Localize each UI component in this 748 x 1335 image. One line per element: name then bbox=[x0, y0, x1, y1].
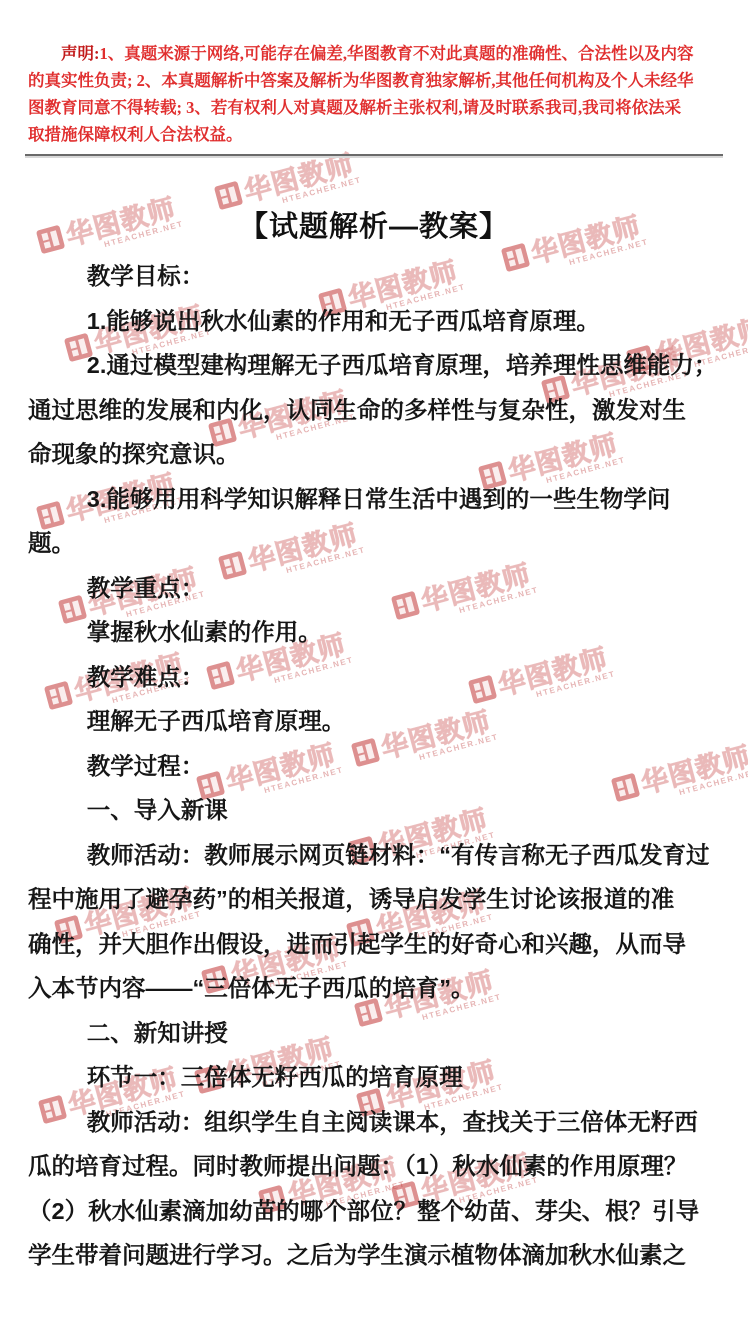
teacher-activity-lead-in: 教师活动：教师展示网页链材料：“有传言称无子西瓜发育过 程中施用了避孕药”的相关… bbox=[28, 833, 730, 1011]
teacher-activity-step-1: 教师活动：组织学生自主阅读课本，查找关于三倍体无籽西 瓜的培育过程。同时教师提出… bbox=[28, 1100, 730, 1278]
objective-item-2: 2.通过模型建构理解无子西瓜培育原理，培养理性思维能力； 通过思维的发展和内化，… bbox=[28, 343, 730, 477]
section-1-lead-in: 一、导入新课 bbox=[28, 788, 730, 833]
teaching-difficulty-text: 理解无子西瓜培育原理。 bbox=[28, 699, 730, 744]
lesson-plan-body: 教学目标： 1.能够说出秋水仙素的作用和无子西瓜培育原理。 2.通过模型建构理解… bbox=[28, 254, 730, 1278]
document-content: 声明:1、真题来源于网络,可能存在偏差,华图教育不对此真题的准确性、合法性以及内… bbox=[0, 40, 748, 1278]
objective-item-1: 1.能够说出秋水仙素的作用和无子西瓜培育原理。 bbox=[28, 299, 730, 344]
page-title: 【试题解析—教案】 bbox=[0, 208, 748, 246]
disclaimer-label: 声明: bbox=[61, 44, 100, 63]
heading-teaching-process: 教学过程： bbox=[28, 744, 730, 789]
heading-teaching-focus: 教学重点： bbox=[28, 566, 730, 611]
disclaimer: 声明:1、真题来源于网络,可能存在偏差,华图教育不对此真题的准确性、合法性以及内… bbox=[28, 40, 720, 148]
heading-teaching-difficulty: 教学难点： bbox=[28, 655, 730, 700]
teaching-focus-text: 掌握秋水仙素的作用。 bbox=[28, 610, 730, 655]
heading-teaching-objectives: 教学目标： bbox=[28, 254, 730, 299]
section-2-new-knowledge: 二、新知讲授 bbox=[28, 1011, 730, 1056]
separator-line bbox=[25, 154, 723, 158]
document-page: 华图教师HTEACHER.NET华图教师HTEACHER.NET华图教师HTEA… bbox=[0, 0, 748, 1335]
step-1-heading: 环节一：三倍体无籽西瓜的培育原理 bbox=[28, 1055, 730, 1100]
disclaimer-text: 1、真题来源于网络,可能存在偏差,华图教育不对此真题的准确性、合法性以及内容 的… bbox=[28, 44, 694, 144]
objective-item-3: 3.能够用用科学知识解释日常生活中遇到的一些生物学问 题。 bbox=[28, 477, 730, 566]
